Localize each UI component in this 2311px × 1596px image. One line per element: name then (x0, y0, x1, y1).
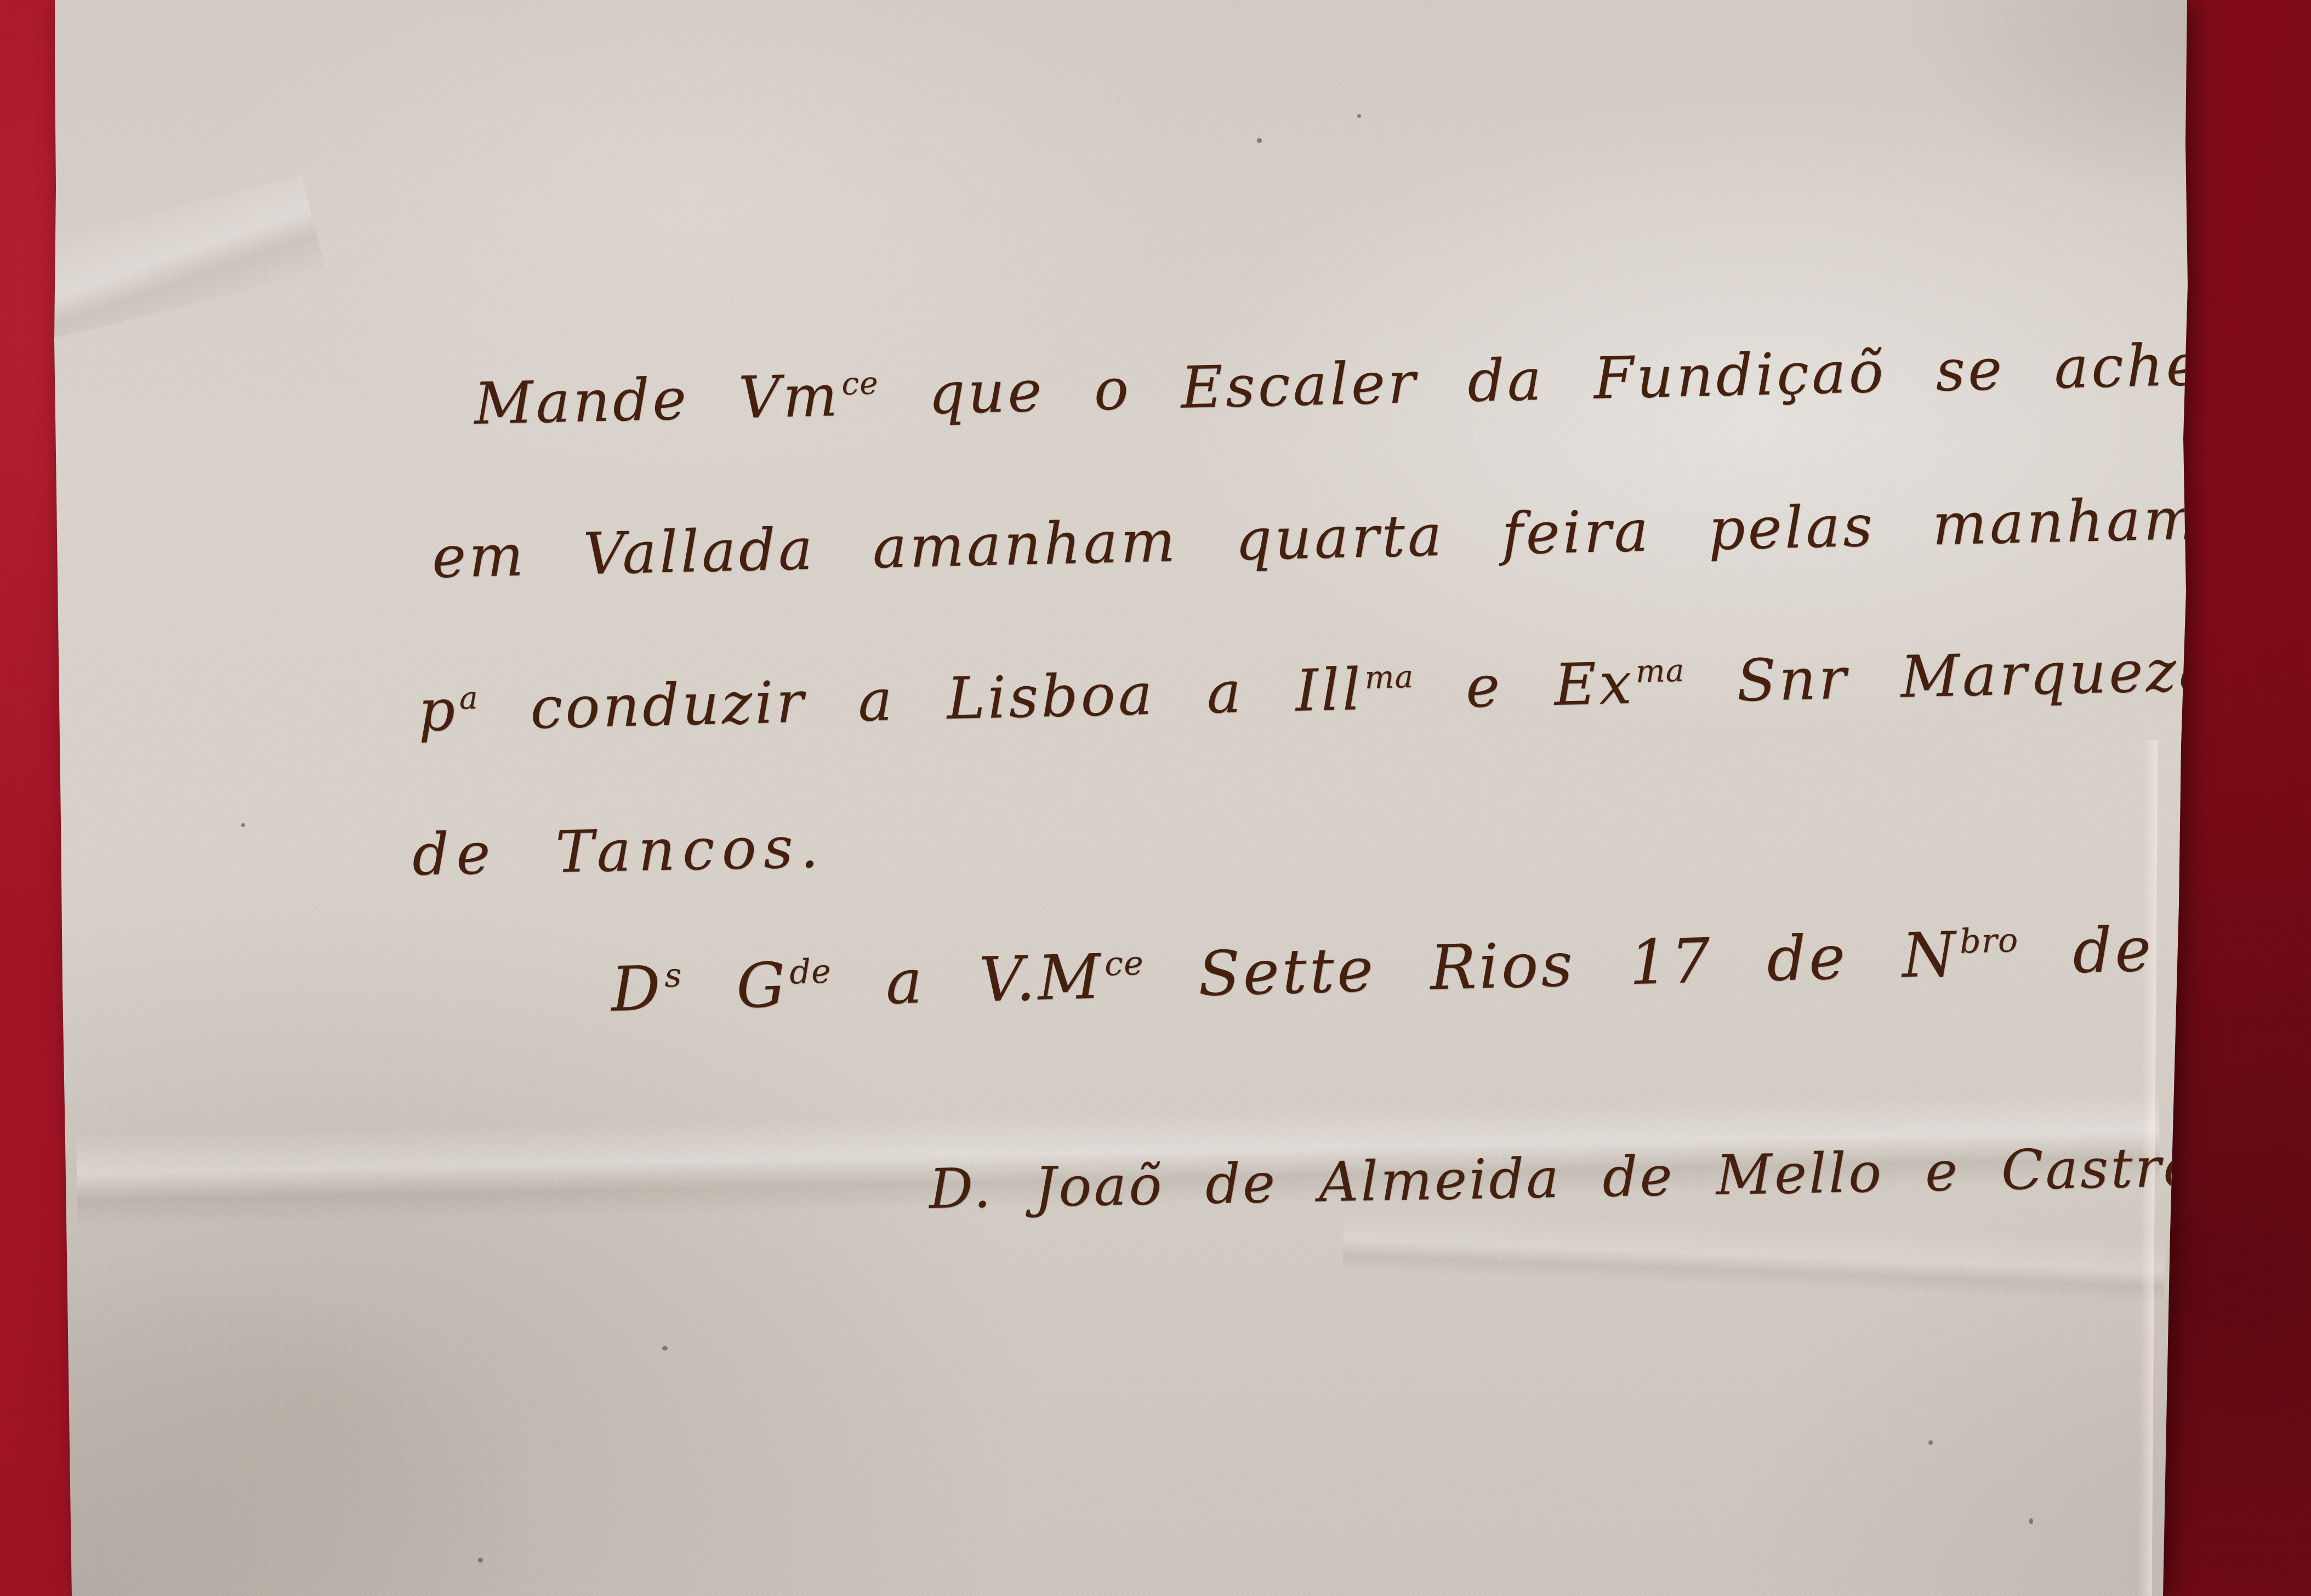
letter-signature-text: D. Joaõ de Almeida de Mello e Castro (929, 1135, 2199, 1221)
letter-dateline-text: Sette Rios 17 de N (1143, 919, 1960, 1012)
letter-line-3-text: p (418, 676, 459, 744)
letter-dateline-text: de 1808 (2018, 908, 2311, 989)
letter-line-2: em Vallada amanham quarta feira pelas ma… (431, 486, 2201, 591)
paper-crease-left (25, 175, 326, 340)
letter-line-1-text: que o Escaler da Fundiçaõ se ache (878, 331, 2204, 428)
paper-speck (1257, 138, 1262, 143)
photo-red-backdrop: Mande Vmce que o Escaler da Fundiçaõ se … (0, 0, 2311, 1596)
paper-speck (478, 1558, 483, 1563)
paper-speck (662, 1346, 668, 1350)
paper-speck (1357, 114, 1361, 118)
letter-line-1-text: Mande Vm (474, 362, 841, 437)
letter-line-4-text: de Tancos. (412, 814, 826, 888)
superscript-abbreviation: ce (1104, 944, 1144, 984)
letter-line-3-text: e Ex (1413, 650, 1635, 722)
letter-signature: D. Joaõ de Almeida de Mello e Castro (929, 1135, 2199, 1221)
superscript-abbreviation: s (664, 956, 682, 995)
letter-line-3: pa conduzir a Lisboa a Illma e Exma Snr … (418, 637, 2217, 744)
superscript-abbreviation: ma (1364, 659, 1414, 696)
superscript-abbreviation: de (789, 953, 832, 992)
letter-line-3-text: conduzir a Lisboa a Ill (478, 656, 1364, 743)
letter-line-1: Mande Vmce que o Escaler da Fundiçaõ se … (474, 331, 2204, 437)
superscript-abbreviation: a (459, 680, 479, 716)
letter-line-3-text: Snr Marqueza (1684, 637, 2216, 716)
superscript-abbreviation: bro (1959, 921, 2019, 961)
letter-dateline-text: G (681, 950, 789, 1024)
superscript-abbreviation: ce (841, 365, 879, 402)
letter-paper-sheet: Mande Vmce que o Escaler da Fundiçaõ se … (0, 0, 2311, 1596)
letter-dateline: Ds Gde a V.Mce Sette Rios 17 de Nbro de … (610, 908, 2311, 1025)
paper-shadow-wrap: Mande Vmce que o Escaler da Fundiçaõ se … (0, 0, 2311, 1596)
letter-dateline-text: a V.M (831, 942, 1105, 1020)
paper-speck (1928, 1440, 1933, 1445)
superscript-abbreviation: ma (1635, 652, 1685, 689)
letter-line-4: de Tancos. (412, 814, 826, 888)
paper-speck (2029, 1518, 2033, 1524)
paper-crease-top-right (1735, 0, 2311, 285)
letter-dateline-text: D (610, 953, 664, 1025)
paper-shading-bottom-left (0, 1103, 767, 1596)
letter-line-2-text: em Vallada amanham quarta feira pelas ma… (431, 486, 2201, 591)
paper-speck (241, 823, 245, 827)
paper-crease-lower-right (1342, 1206, 2166, 1303)
